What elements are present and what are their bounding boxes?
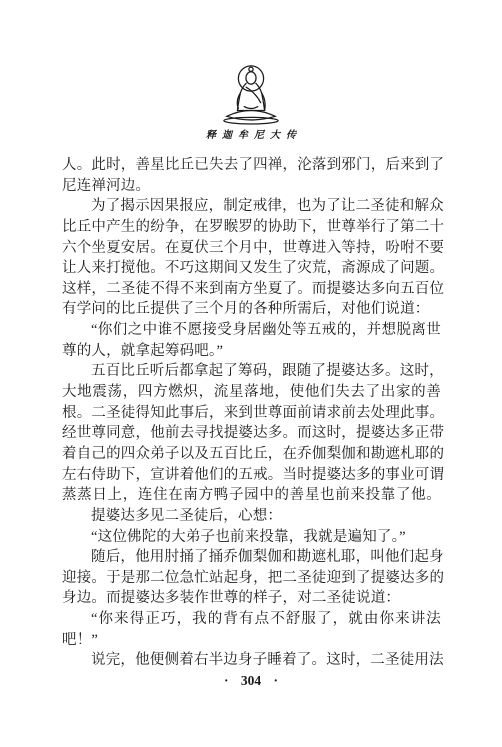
text-line: 六个坐夏安居。在夏伏三个月中，世尊进入等持，吩咐不要 bbox=[62, 238, 441, 259]
text-line: 大地震荡，四方燃炽，流星落地，使他们失去了出家的善 bbox=[62, 382, 441, 403]
text-line: 有学问的比丘提供了三个月的各种所需后，对他们说道： bbox=[62, 299, 441, 320]
text-line: 让人来打搅他。不巧这期间又发生了灾荒，斋源成了问题。 bbox=[62, 258, 441, 279]
text-line: “这位佛陀的大弟子也前来投靠，我就是遍知了。” bbox=[62, 527, 441, 548]
book-title: 释迦牟尼大传 bbox=[0, 126, 502, 141]
text-line: 左右侍助下，宣讲着他们的五戒。当时提婆达多的事业可谓 bbox=[62, 465, 441, 486]
text-line: 着自己的四众弟子以及五百比丘，在乔伽梨伽和勘遮札耶的 bbox=[62, 444, 441, 465]
text-line: 蒸蒸日上，连住在南方鸭子园中的善星也前来投靠了他。 bbox=[62, 485, 441, 506]
page-number: · 304 · bbox=[0, 673, 502, 689]
book-page: 释迦牟尼大传 人。此时，善星比丘已失去了四禅，沦落到邪门，后来到了 尼连禅河边。… bbox=[0, 0, 502, 747]
text-line: 根。二圣徒得知此事后，来到世尊面前请求前去处理此事。 bbox=[62, 403, 441, 424]
text-line: 五百比丘听后都拿起了筹码，跟随了提婆达多。这时， bbox=[62, 361, 441, 382]
text-line: “你们之中谁不愿接受身居幽处等五戒的，并想脱离世 bbox=[62, 320, 441, 341]
body-text: 人。此时，善星比丘已失去了四禅，沦落到邪门，后来到了 尼连禅河边。 为了揭示因果… bbox=[62, 155, 441, 671]
text-line: 经世尊同意，他前去寻找提婆达多。而这时，提婆达多正带 bbox=[62, 423, 441, 444]
text-line: 迎接。于是那二位急忙站起身，把二圣徒迎到了提婆达多的 bbox=[62, 568, 441, 589]
text-line: 为了揭示因果报应，制定戒律，也为了让二圣徒和解众 bbox=[62, 196, 441, 217]
text-line: 尼连禅河边。 bbox=[62, 176, 441, 197]
text-line: 比丘中产生的纷争，在罗睺罗的协助下，世尊举行了第二十 bbox=[62, 217, 441, 238]
seated-buddha-icon bbox=[207, 62, 295, 126]
text-line: 随后，他用肘捅了捅乔伽梨伽和勘遮札耶，叫他们起身 bbox=[62, 547, 441, 568]
text-line: 说完，他便侧着右半边身子睡着了。这时，二圣徒用法 bbox=[62, 650, 441, 671]
text-line: 提婆达多见二圣徒后，心想： bbox=[62, 506, 441, 527]
text-line: “你来得正巧，我的背有点不舒服了，就由你来讲法 bbox=[62, 609, 441, 630]
text-line: 尊的人，就拿起筹码吧。” bbox=[62, 341, 441, 362]
text-line: 这样，二圣徒不得不来到南方坐夏了。而提婆达多向五百位 bbox=[62, 279, 441, 300]
text-line: 人。此时，善星比丘已失去了四禅，沦落到邪门，后来到了 bbox=[62, 155, 441, 176]
text-line: 吧！” bbox=[62, 630, 441, 651]
text-line: 身边。而提婆达多装作世尊的样子，对二圣徒说道： bbox=[62, 588, 441, 609]
header-illustration bbox=[0, 62, 502, 126]
